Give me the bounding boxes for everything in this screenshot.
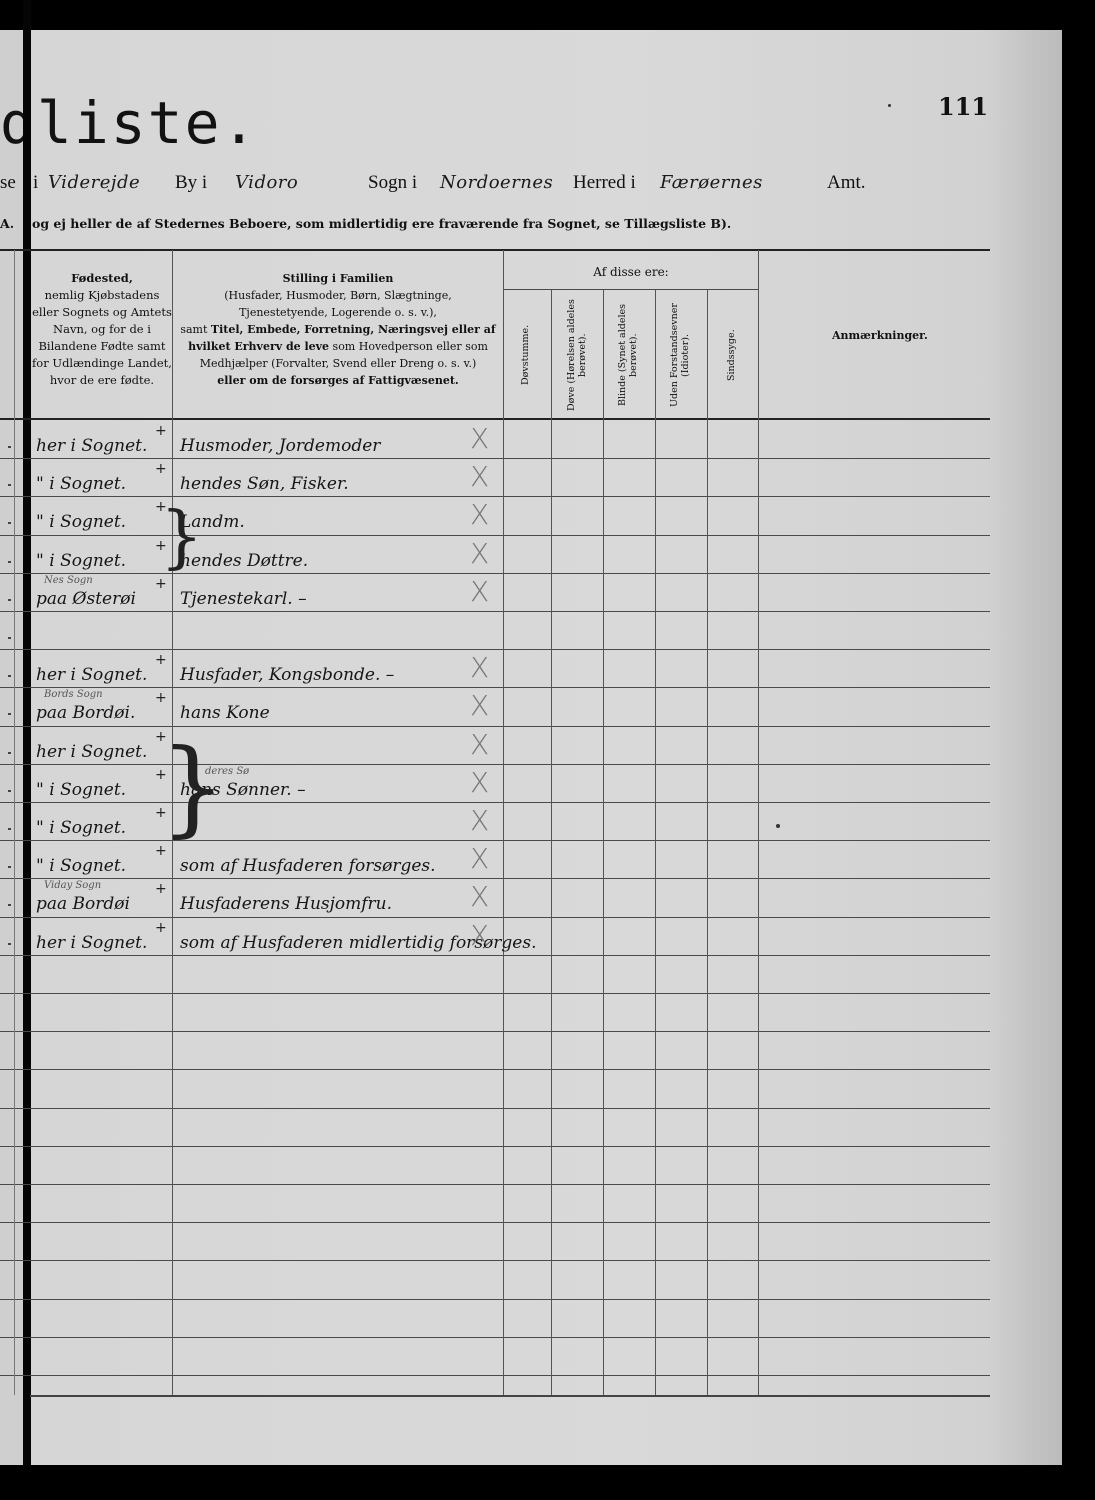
sogn-label: Sogn i [368,172,417,194]
brace-group: } [160,730,226,845]
row-rule [0,802,990,803]
header-bottom-rule [0,418,990,420]
row-fodested: " i Sognet. [36,551,126,571]
herred-label: Herred i [573,172,636,194]
row-tick-mark: X [470,537,489,570]
row-tick-mark: X [470,728,489,761]
header-stilling-line-bold: Titel, Embede, Forretning, Næringsvej el… [211,323,496,336]
header-dove: Døve (Hørelsen aldeles berøvet). [566,296,590,414]
column-rule [655,290,656,1395]
header-sindssyge: Sindssyge. [726,300,740,410]
row-tick-mark: X [470,804,489,837]
header-stilling: Stilling i Familien (Husfader, Husmoder,… [175,270,501,389]
note-prefix: A. [0,216,14,231]
stub-mark [8,637,11,639]
row-fodested: her i Sognet. [36,436,147,456]
cross-mark: + [155,690,167,706]
header-uden-forstandsevner: Uden Forstandsevner (Idioter). [669,296,693,414]
row-rule [0,764,990,765]
row-fodested: " i Sognet. [36,474,126,494]
header-dovstumme: Døvstumme. [520,300,534,410]
cross-mark: + [155,920,167,936]
header-blinde: Blinde (Synet aldeles berøvet). [617,296,641,414]
row-rule [0,1337,990,1338]
herred-handwritten: Færøernes [660,172,763,193]
stub-mark [8,446,11,448]
stub-column-rule [14,250,15,1395]
row-tick-mark: X [470,651,489,684]
page-number: 111 [938,92,988,121]
page-title: dliste. [0,94,258,152]
row-rule [0,1184,990,1185]
header-anmaerkninger: Anmærkninger. [832,329,928,342]
page-edge-shadow [992,30,1062,1465]
row-stilling: Tjenestekarl. – [180,589,307,609]
row-fodested: her i Sognet. [36,665,147,685]
stub-mark [8,790,11,792]
row-rule [0,1375,990,1376]
row-fodested: " i Sognet. [36,512,126,532]
row-rule [0,1146,990,1147]
column-rule [707,290,708,1395]
row-rule [0,458,990,459]
row-fodested-note: Nes Sogn [44,575,93,586]
row-tick-mark: X [470,919,489,952]
row-rule [0,1222,990,1223]
row-rule [0,955,990,956]
header-stilling-line: samt [180,323,211,336]
note-text: og ej heller de af Stedernes Beboere, so… [32,216,731,231]
header-stilling-line: som Hovedperson eller som [329,340,488,353]
row-fodested-note: Bords Sogn [44,689,103,700]
column-rule [551,290,552,1395]
header-stilling-line: Tjenestetyende, Logerende o. s. v.), [239,306,437,319]
header-stilling-line-bold: hvilket Erhverv de leve [188,340,329,353]
stub-mark [8,599,11,601]
row-tick-mark: X [470,460,489,493]
stub-mark [8,904,11,906]
row-rule [0,1031,990,1032]
column-rule [758,250,759,1395]
row-rule [0,878,990,879]
row-fodested: " i Sognet. [36,818,126,838]
column-rule [503,250,504,1395]
row-fodested: " i Sognet. [36,856,126,876]
location-prefix: se [0,172,16,194]
header-fodested-line: Navn, og for de i [53,322,151,336]
row-fodested: paa Østerøi [36,589,136,609]
location-i: i [33,172,38,194]
header-fodested-line: eller Sognets og Amtets [32,305,172,319]
stub-mark [8,828,11,830]
header-stilling-line-bold: eller om de forsørges af Fattigvæsenet. [217,374,458,387]
cross-mark: + [155,461,167,477]
place-handwritten: Viderejde [48,172,140,193]
row-tick-mark: X [470,880,489,913]
header-fodested: Fødested, nemlig Kjøbstadens eller Sogne… [32,270,172,389]
row-fodested: " i Sognet. [36,780,126,800]
header-fodested-title: Fødested, [71,271,133,285]
stub-mark [8,561,11,563]
row-tick-mark: X [470,689,489,722]
ink-speck [888,104,891,107]
cross-mark: + [155,881,167,897]
binding-spine [23,0,31,1465]
row-fodested: her i Sognet. [36,742,147,762]
row-stilling: hendes Søn, Fisker. [180,474,349,494]
previous-page-edge [0,30,23,1465]
header-top-rule [0,249,990,251]
cross-mark: + [155,576,167,592]
header-stilling-title: Stilling i Familien [283,272,394,285]
row-rule [0,496,990,497]
stub-mark [8,713,11,715]
header-fodested-line: for Udlændinge Landet, [32,356,172,370]
column-rule [603,290,604,1395]
row-rule [0,1299,990,1300]
row-tick-mark: X [470,842,489,875]
amt-label: Amt. [827,172,866,194]
row-rule [0,1069,990,1070]
stub-mark [8,752,11,754]
brace-group: } [160,500,203,576]
row-fodested: paa Bordøi. [36,703,135,723]
row-rule [0,840,990,841]
row-rule [0,611,990,612]
row-rule [0,649,990,650]
table-bottom-rule [30,1395,990,1397]
row-stilling: som af Husfaderen forsørges. [180,856,436,876]
header-fodested-line: nemlig Kjøbstadens [45,288,160,302]
stub-mark [8,866,11,868]
stub-mark [8,675,11,677]
row-stilling: Husfaderens Husjomfru. [180,894,392,914]
by-label: By i [175,172,207,194]
header-af-disse-ere: Af disse ere: [504,264,758,281]
row-rule [0,573,990,574]
row-fodested: paa Bordøi [36,894,130,914]
by-handwritten: Vidoro [235,172,298,193]
header-fodested-line: hvor de ere fødte. [50,373,154,387]
row-rule [0,1108,990,1109]
row-tick-mark: X [470,766,489,799]
row-rule [0,993,990,994]
row-stilling: Husfader, Kongsbonde. – [180,665,394,685]
sub-header-rule [504,289,758,290]
row-tick-mark: X [470,422,489,455]
row-tick-mark: X [470,575,489,608]
header-stilling-line: (Husfader, Husmoder, Børn, Slægtninge, [224,289,451,302]
cross-mark: + [155,423,167,439]
stub-mark [8,943,11,945]
header-stilling-line: Medhjælper (Forvalter, Svend eller Dreng… [200,357,477,370]
sogn-handwritten: Nordoernes [440,172,553,193]
row-stilling: hans Kone [180,703,270,723]
row-rule [0,535,990,536]
header-fodested-line: Bilandene Fødte samt [38,339,165,353]
row-stilling: Husmoder, Jordemoder [180,436,380,456]
cross-mark: + [155,652,167,668]
row-rule [0,726,990,727]
row-fodested: her i Sognet. [36,933,147,953]
row-rule [0,1260,990,1261]
row-fodested-note: Viday Sogn [44,880,101,891]
row-tick-mark: X [470,498,489,531]
stub-mark [8,522,11,524]
ink-speck [776,824,780,828]
stub-mark [8,484,11,486]
row-rule [0,687,990,688]
row-rule [0,917,990,918]
